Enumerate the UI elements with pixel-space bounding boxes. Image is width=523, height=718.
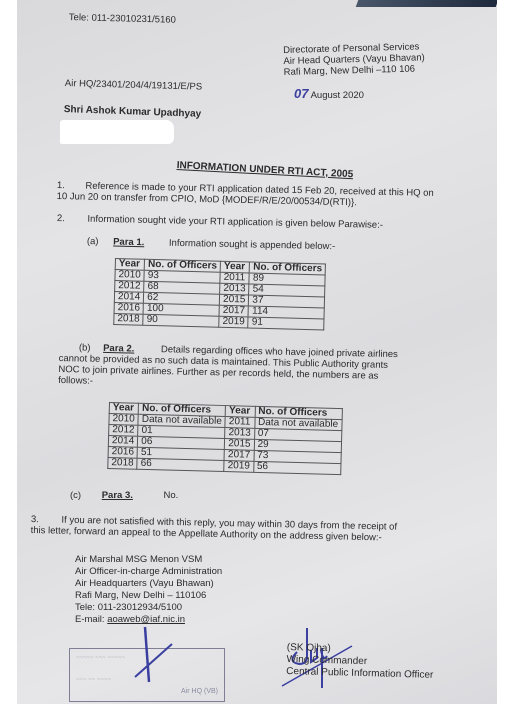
email-label: E-mail: — [75, 614, 107, 625]
address-line: Rafi Marg, New Delhi –110 106 — [284, 63, 426, 78]
section-3: 3. If you are not satisfied with this re… — [31, 514, 491, 546]
tele-number: Tele: 011-23010231/5160 — [69, 12, 176, 27]
date-month-year: August 2020 — [311, 90, 364, 101]
appellate-authority-address: Air Marshal MSG Menon VSM Air Officer-in… — [75, 554, 222, 626]
table-cell: 56 — [253, 461, 340, 474]
background-object — [356, 0, 497, 7]
redacted-address — [60, 120, 174, 144]
table-cell: 2019 — [224, 461, 254, 473]
para-letter: (b) — [79, 342, 91, 353]
document-title: INFORMATION UNDER RTI ACT, 2005 — [176, 160, 353, 181]
officers-table-para1: YearNo. of OfficersYearNo. of Officers 2… — [113, 258, 326, 331]
para-letter: (c) — [70, 490, 81, 501]
section-2: 2. Information sought vide your RTI appl… — [57, 213, 383, 231]
section-number: 3. — [31, 514, 39, 525]
section-1: 1. Reference is made to your RTI applica… — [57, 180, 487, 211]
officers-table-para2: YearNo. of OfficersYearNo. of Officers 2… — [107, 402, 342, 475]
reference-number: Air HQ/23401/204/4/19131/E/PS — [65, 78, 203, 94]
para-label: Para 3. — [102, 490, 133, 501]
date-handwritten: 07 — [294, 86, 308, 101]
table-cell: 2018 — [114, 313, 144, 325]
address-line: Air Headquarters (Vayu Bhawan) — [75, 578, 222, 590]
rti-letter-page: Tele: 011-23010231/5160 Air HQ/23401/204… — [17, 0, 497, 704]
signatory-block: (SK Ojha) Wing Commander Central Public … — [286, 642, 434, 682]
address-line: Rafi Marg, New Delhi – 110106 — [75, 590, 222, 602]
section-number: 1. — [57, 180, 65, 191]
section-2-text: Information sought vide your RTI applica… — [87, 214, 383, 231]
section-number: 2. — [57, 213, 65, 224]
para-1-heading: (a) Para 1. Information sought is append… — [87, 236, 336, 252]
stamp-signature-icon — [127, 622, 187, 692]
para-text: No. — [164, 490, 179, 501]
para-text: Information sought is appended below:- — [169, 238, 336, 252]
table-cell: 2018 — [108, 457, 138, 469]
recipient-name: Shri Ashok Kumar Upadhyay — [64, 104, 202, 121]
table-cell: 2019 — [219, 316, 249, 328]
table-cell: 66 — [137, 458, 224, 471]
letter-date: 07 August 2020 — [294, 88, 364, 102]
para-2: (b) Para 2. Details regarding offices wh… — [58, 342, 497, 395]
address-line: Air Marshal MSG Menon VSM — [75, 554, 222, 566]
para-label: Para 2. — [103, 343, 134, 355]
para-letter: (a) — [87, 236, 99, 247]
sender-address: Directorate of Personal Services Air Hea… — [283, 41, 425, 78]
address-line: Air Officer-in-charge Administration — [75, 566, 222, 578]
para-label: Para 1. — [113, 237, 144, 249]
table-cell: 91 — [248, 317, 324, 330]
table-cell: 90 — [143, 314, 219, 327]
para-3: (c) Para 3. No. — [70, 490, 178, 501]
address-line: Tele: 011-23012934/5100 — [75, 602, 222, 614]
